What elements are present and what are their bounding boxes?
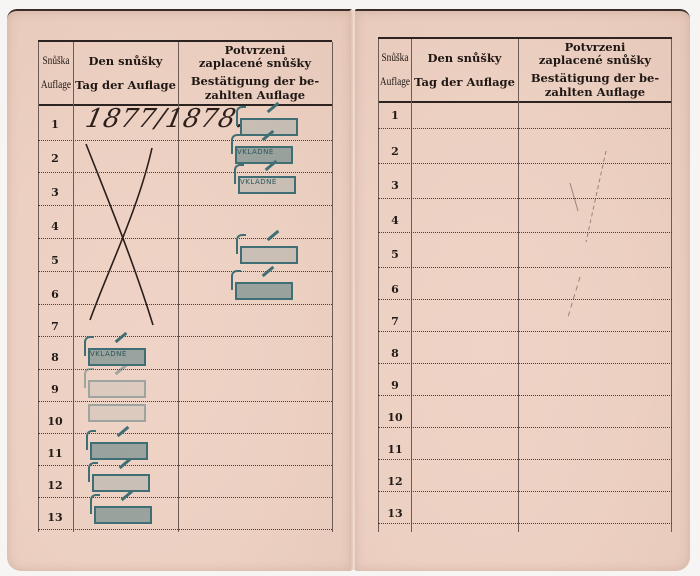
row-number: 9: [38, 383, 72, 396]
header-text-de: Auflage: [39, 72, 73, 96]
header-text-cz: Potvrzeni zaplacené snůšky: [178, 44, 332, 70]
handwritten-cross-icon: [78, 140, 168, 330]
row-number: 10: [378, 411, 412, 424]
row-divider: [378, 459, 672, 460]
stamp-icon: [90, 500, 150, 522]
column-divider: [73, 42, 74, 532]
row-divider: [378, 331, 672, 332]
row-divider: [38, 369, 332, 370]
row-number: 2: [378, 145, 412, 158]
stamp-icon: VKLADNÉ: [84, 342, 144, 364]
top-rule: [378, 37, 672, 39]
header-confirmation: Potvrzeni zaplacené snůšky Bestätigung d…: [178, 44, 332, 102]
row-number: 7: [38, 320, 72, 333]
row-number: 6: [38, 288, 72, 301]
column-divider: [332, 42, 333, 532]
row-number: 10: [38, 415, 72, 428]
row-number: 3: [38, 186, 72, 199]
stamp-icon: [86, 436, 146, 458]
handwritten-year: 1877/1878.: [83, 104, 249, 134]
row-divider: [378, 299, 672, 300]
row-divider: [378, 523, 672, 524]
header-text-de: Bestätigung der be-: [518, 71, 672, 85]
stamp-icon: [88, 468, 148, 490]
stamp-icon: [236, 240, 296, 262]
row-divider: [38, 433, 332, 434]
header-text-cz: Den snůšky: [411, 51, 518, 65]
stamp-icon: [231, 276, 291, 298]
row-number: 11: [378, 443, 412, 456]
row-divider: [378, 128, 672, 129]
faint-ink-marks-icon: [558, 147, 618, 347]
row-number: 12: [378, 475, 412, 488]
row-divider: [378, 491, 672, 492]
header-text-cz: Snůška: [378, 45, 412, 69]
row-number: 5: [38, 254, 72, 267]
row-divider: [378, 395, 672, 396]
row-number: 4: [38, 220, 72, 233]
stamp-icon: VKLADNÉ: [231, 140, 291, 162]
header-rule: [378, 101, 672, 103]
stamp-icon: [84, 398, 144, 420]
header-text-de: Tag der Auflage: [73, 78, 178, 92]
row-divider: [378, 198, 672, 199]
row-number: 2: [38, 152, 72, 165]
stamp-icon: [236, 112, 296, 134]
header-text-de: zahlten Auflage: [518, 85, 672, 99]
row-number: 13: [38, 511, 72, 524]
header-text-cz: Potvrzeni zaplacené snůšky: [518, 41, 672, 67]
row-divider: [38, 465, 332, 466]
row-number: 9: [378, 379, 412, 392]
row-divider: [38, 497, 332, 498]
row-number: 1: [378, 109, 412, 122]
row-divider: [38, 401, 332, 402]
row-divider: [378, 163, 672, 164]
row-number: 12: [38, 479, 72, 492]
row-divider: [378, 232, 672, 233]
row-number: 8: [378, 347, 412, 360]
row-number: 7: [378, 315, 412, 328]
stamp-icon: VKLADNÉ: [234, 170, 294, 192]
header-text-cz: Snůška: [39, 48, 73, 72]
row-number: 8: [38, 351, 72, 364]
row-number: 4: [378, 214, 412, 227]
top-rule: [38, 40, 332, 42]
header-text-de: Bestätigung der be-: [178, 74, 332, 88]
row-number: 6: [378, 283, 412, 296]
left-ledger-table: Snůška Auflage Den snůšky Tag der Auflag…: [38, 40, 332, 532]
row-number: 11: [38, 447, 72, 460]
row-number: 5: [378, 248, 412, 261]
header-auflage: Snůška Auflage: [378, 45, 412, 93]
row-number: 1: [38, 118, 72, 131]
row-number: 13: [378, 507, 412, 520]
stamp-icon: [84, 374, 144, 396]
header-text-cz: Den snůšky: [73, 54, 178, 68]
row-number: 3: [378, 179, 412, 192]
row-divider: [38, 529, 332, 530]
header-text-de: Auflage: [378, 69, 412, 93]
row-divider: [378, 427, 672, 428]
row-divider: [378, 267, 672, 268]
right-ledger-table: Snůška Auflage Den snůšky Tag der Auflag…: [378, 37, 672, 532]
header-text-de: zahlten Auflage: [178, 88, 332, 102]
header-text-de: Tag der Auflage: [411, 75, 518, 89]
header-auflage: Snůška Auflage: [39, 48, 73, 96]
row-divider: [378, 363, 672, 364]
header-date: Den snůšky Tag der Auflage: [411, 51, 518, 89]
header-confirmation: Potvrzeni zaplacené snůšky Bestätigung d…: [518, 41, 672, 99]
header-date: Den snůšky Tag der Auflage: [73, 54, 178, 92]
row-divider: [38, 336, 332, 337]
